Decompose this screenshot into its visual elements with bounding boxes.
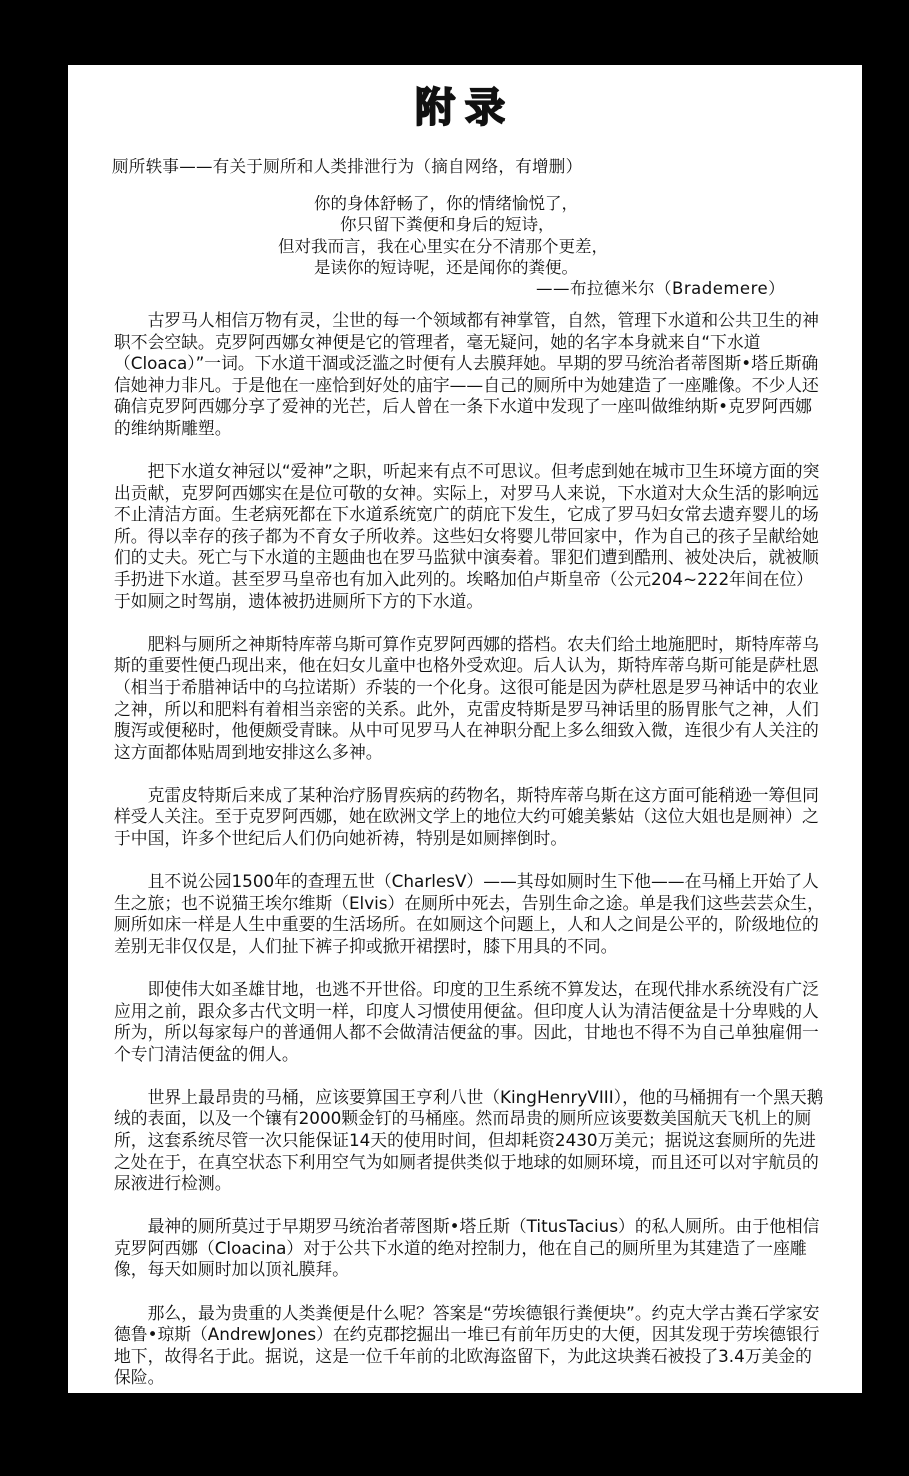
paragraph: 最神的厕所莫过于早期罗马统治者蒂图斯•塔丘斯（TitusTacius）的私人厕所… <box>114 1216 824 1281</box>
paragraph: 克雷皮特斯后来成了某种治疗肠胃疾病的药物名，斯特库蒂乌斯在这方面可能稍逊一筹但同… <box>114 785 824 850</box>
poem-attribution: ——布拉德米尔（Brademere） <box>278 278 818 299</box>
article-body: 古罗马人相信万物有灵，尘世的每一个领域都有神掌管，自然，管理下水道和公共卫生的神… <box>114 310 824 1410</box>
paragraph: 且不说公园1500年的查理五世（CharlesV）——其母如厕时生下他——在马桶… <box>114 871 824 957</box>
paragraph: 肥料与厕所之神斯特库蒂乌斯可算作克罗阿西娜的搭档。农夫们给土地施肥时，斯特库蒂乌… <box>114 634 824 764</box>
epigraph-poem: 你的身体舒畅了，你的情绪愉悦了， 你只留下粪便和身后的短诗， 但对我而言，我在心… <box>278 193 818 299</box>
poem-line: 但对我而言，我在心里实在分不清那个更差， <box>278 236 818 257</box>
paragraph: 把下水道女神冠以“爱神”之职，听起来有点不可思议。但考虑到她在城市卫生环境方面的… <box>114 461 824 612</box>
paragraph: 世界上最昂贵的马桶，应该要算国王亨利八世（KingHenryVIII），他的马桶… <box>114 1087 824 1195</box>
poem-line: 是读你的短诗呢，还是闻你的粪便。 <box>278 257 818 278</box>
section-subtitle: 厕所轶事——有关于厕所和人类排泄行为（摘自网络，有增删） <box>112 153 582 177</box>
poem-line: 你的身体舒畅了，你的情绪愉悦了， <box>278 193 818 214</box>
document-page: 附录 厕所轶事——有关于厕所和人类排泄行为（摘自网络，有增删） 你的身体舒畅了，… <box>68 65 862 1393</box>
paragraph: 即使伟大如圣雄甘地，也逃不开世俗。印度的卫生系统不算发达，在现代排水系统没有广泛… <box>114 979 824 1065</box>
poem-line: 你只留下粪便和身后的短诗， <box>278 214 818 235</box>
page-title: 附录 <box>68 83 862 133</box>
paragraph: 那么，最为贵重的人类粪便是什么呢？答案是“劳埃德银行粪便块”。约克大学古粪石学家… <box>114 1303 824 1389</box>
paragraph: 古罗马人相信万物有灵，尘世的每一个领域都有神掌管，自然，管理下水道和公共卫生的神… <box>114 310 824 440</box>
